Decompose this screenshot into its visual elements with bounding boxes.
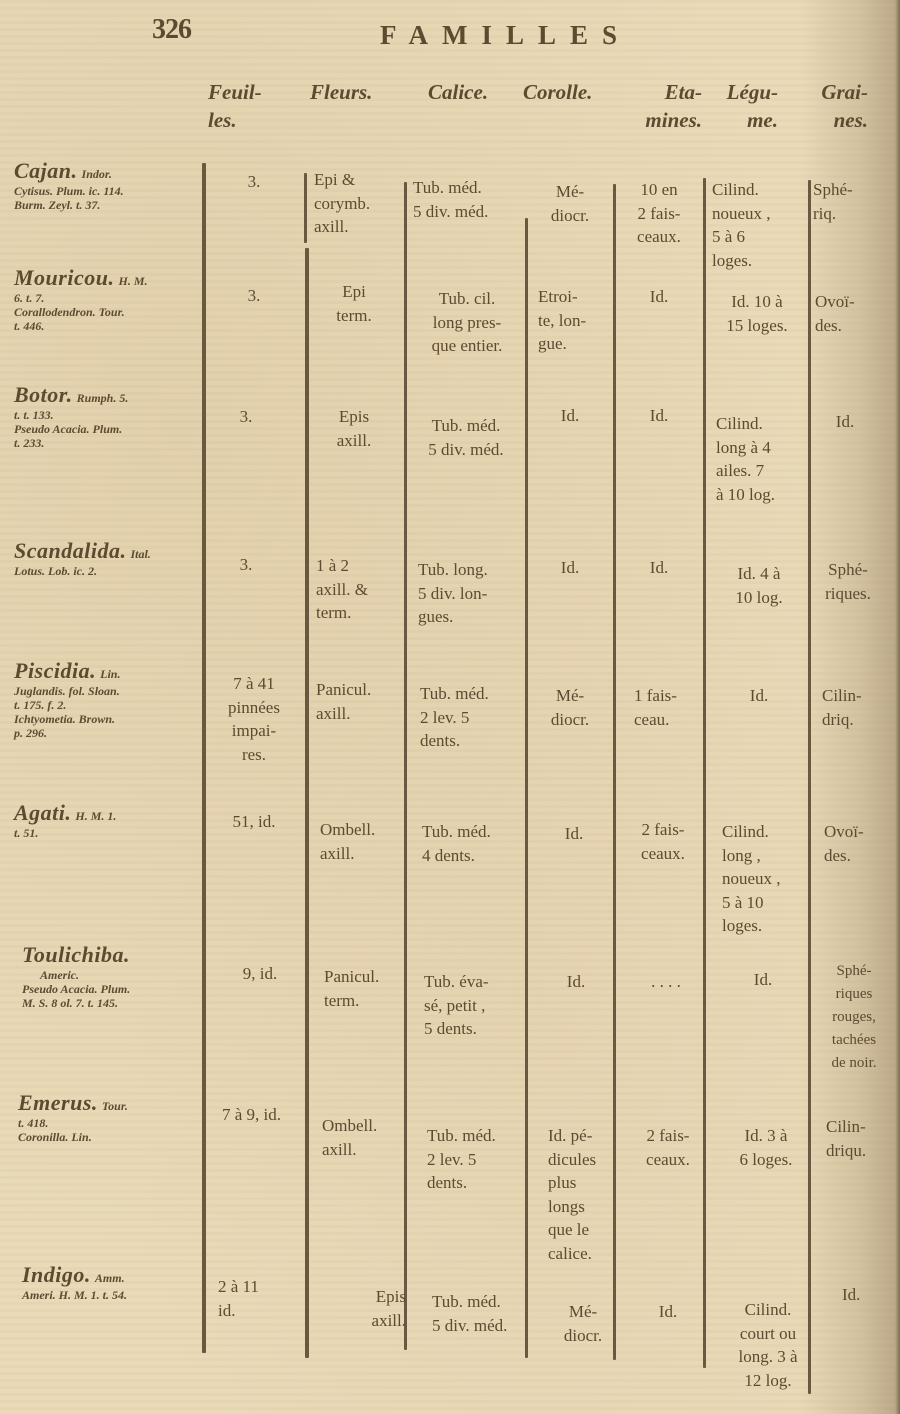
column-rule: [808, 180, 811, 1394]
column-header-legume: Légu- me.: [716, 78, 778, 134]
genus-reference: H. M.: [118, 274, 147, 288]
genus-reference: Tour.: [102, 1099, 128, 1113]
cell-calice: Tub. méd. 2 lev. 5 dents.: [427, 1124, 529, 1195]
cell-fleurs: Panicul. term.: [324, 965, 410, 1012]
cell-legume: Id. 4 à 10 log.: [712, 562, 806, 609]
page-number: 326: [152, 14, 191, 46]
cell-feuilles: 51, id.: [208, 810, 300, 834]
cell-feuilles: 3.: [208, 405, 284, 429]
column-rule: [703, 178, 706, 1368]
synonym: p. 296.: [14, 726, 199, 740]
cell-calice: Tub. méd. 5 div. méd.: [410, 414, 522, 461]
synonym: Juglandis. fol. Sloan.: [14, 684, 199, 698]
cell-calice: Tub. cil. long pres- que entier.: [410, 287, 524, 358]
cell-etamines: 2 fais- ceaux.: [628, 1124, 708, 1171]
cell-calice: Tub. long. 5 div. lon- gues.: [418, 558, 524, 629]
cell-corolle: Id.: [534, 822, 614, 846]
cell-legume: Id. 3 à 6 loges.: [720, 1124, 812, 1171]
genus-entry: Indigo. Amm. Ameri. H. M. 1. t. 54.: [22, 1262, 207, 1302]
cell-fleurs: Epi term.: [314, 280, 394, 327]
genus-reference: Rumph. 5.: [77, 391, 129, 405]
cell-legume: Cilind. long à 4 ailes. 7 à 10 log.: [716, 412, 808, 506]
synonym: t. 418.: [18, 1116, 203, 1130]
synonym: Coronilla. Lin.: [18, 1130, 203, 1144]
genus-reference: Ital.: [130, 547, 150, 561]
column-header-calice: Calice.: [428, 78, 488, 106]
synonym: 6. t. 7.: [14, 291, 199, 305]
synonym: Burm. Zeyl. t. 37.: [14, 198, 199, 212]
cell-feuilles: 7 à 41 pinnées impai- res.: [208, 672, 300, 766]
genus-entry: Toulichiba. Americ. Pseudo Acacia. Plum.…: [22, 942, 207, 1010]
genus-name: Toulichiba.: [22, 942, 130, 967]
cell-legume: Cilind. long , noueux , 5 à 10 loges.: [722, 820, 812, 938]
cell-feuilles: 3.: [208, 170, 300, 194]
cell-etamines: Id.: [618, 285, 700, 309]
synonym: Pseudo Acacia. Plum.: [14, 422, 199, 436]
cell-etamines: 10 en 2 fais- ceaux.: [618, 178, 700, 249]
column-rule: [305, 248, 309, 1358]
column-header-etamines: Eta- mines.: [630, 78, 702, 134]
cell-graines: Cilin- driq.: [822, 684, 882, 731]
genus-reference: Lin.: [100, 667, 120, 681]
genus-entry: Agati. H. M. 1. t. 51.: [14, 800, 199, 840]
genus-reference: H. M. 1.: [75, 809, 116, 823]
genus-entry: Mouricou. H. M. 6. t. 7. Corallodendron.…: [14, 265, 199, 333]
cell-corolle: Id.: [530, 556, 610, 580]
synonym: Ichtyometia. Brown.: [14, 712, 199, 726]
cell-calice: Tub. méd. 2 lev. 5 dents.: [420, 682, 524, 753]
cell-etamines: Id.: [618, 556, 700, 580]
cell-graines: Id.: [815, 410, 875, 434]
genus-entry: Scandalida. Ital. Lotus. Lob. ic. 2.: [14, 538, 199, 578]
genus-reference: Amm.: [95, 1271, 125, 1285]
cell-graines: Sphé- riques.: [813, 558, 883, 605]
cell-corolle: Id.: [530, 404, 610, 428]
cell-legume: Cilind. court ou long. 3 à 12 log.: [722, 1298, 814, 1392]
synonym: t. 51.: [14, 826, 199, 840]
synonym: t. 233.: [14, 436, 199, 450]
cell-fleurs: Epi & corymb. axill.: [314, 168, 402, 239]
cell-calice: Tub. éva- sé, petit , 5 dents.: [424, 970, 526, 1041]
genus-name: Cajan.: [14, 158, 78, 183]
cell-feuilles: 2 à 11 id.: [218, 1275, 308, 1322]
column-rule: [304, 173, 307, 243]
cell-graines: Sphé- riques rouges, tachées de noir.: [818, 960, 890, 1075]
cell-feuilles: 9, id.: [214, 962, 306, 986]
cell-fleurs: Epis axill.: [312, 405, 396, 452]
synonym: t. 446.: [14, 319, 199, 333]
cell-fleurs: Ombell. axill.: [320, 818, 406, 865]
synonym: Corallodendron. Tour.: [14, 305, 199, 319]
cell-calice: Tub. méd. 5 div. méd.: [413, 176, 523, 223]
cell-corolle: Mé- diocr.: [530, 180, 610, 227]
cell-fleurs: Panicul. axill.: [316, 678, 402, 725]
cell-corolle: Id. pé- dicules plus longs que le calice…: [548, 1124, 620, 1265]
cell-feuilles: 3.: [208, 553, 284, 577]
cell-graines: Id.: [842, 1283, 882, 1307]
cell-calice: Tub. méd. 5 div. méd.: [432, 1290, 536, 1337]
cell-graines: Ovoï- des.: [815, 290, 885, 337]
synonym: Ameri. H. M. 1. t. 54.: [22, 1288, 207, 1302]
genus-entry: Cajan. Indor. Cytisus. Plum. ic. 114. Bu…: [14, 158, 199, 212]
genus-name: Mouricou.: [14, 265, 114, 290]
cell-fleurs: 1 à 2 axill. & term.: [316, 554, 402, 625]
synonym: Americ.: [22, 968, 207, 982]
genus-reference: Indor.: [82, 167, 112, 181]
cell-etamines: Id.: [628, 1300, 708, 1324]
cell-legume: Id. 10 à 15 loges.: [708, 290, 806, 337]
synonym: Pseudo Acacia. Plum.: [22, 982, 207, 996]
cell-etamines: 2 fais- ceaux.: [622, 818, 704, 865]
cell-calice: Tub. méd. 4 dents.: [422, 820, 526, 867]
genus-name: Indigo.: [22, 1262, 91, 1287]
genus-name: Scandalida.: [14, 538, 126, 563]
column-header-corolle: Corolle.: [523, 78, 592, 106]
cell-graines: Cilin- driqu.: [826, 1115, 886, 1162]
cell-legume: Id.: [716, 968, 810, 992]
cell-etamines: Id.: [618, 404, 700, 428]
genus-entry: Botor. Rumph. 5. t. t. 133. Pseudo Acaci…: [14, 382, 199, 450]
cell-fleurs: Ombell. axill.: [322, 1114, 412, 1161]
running-title: FAMILLES: [380, 20, 631, 51]
column-rule: [202, 163, 206, 1353]
cell-corolle: Mé- diocr.: [548, 1300, 618, 1347]
column-header-graines: Grai- nes.: [812, 78, 868, 134]
cell-graines: Sphé- riq.: [813, 178, 883, 225]
column-header-fleurs: Fleurs.: [310, 78, 372, 106]
cell-fleurs: Epis axill.: [322, 1285, 406, 1332]
cell-etamines: 1 fais- ceau.: [634, 684, 704, 731]
column-rule: [404, 182, 407, 1350]
cell-feuilles: 7 à 9, id.: [222, 1103, 314, 1127]
cell-corolle: Id.: [536, 970, 616, 994]
cell-legume: Id.: [712, 684, 806, 708]
genus-name: Piscidia.: [14, 658, 96, 683]
cell-corolle: Mé- diocr.: [530, 684, 610, 731]
cell-graines: Ovoï- des.: [824, 820, 884, 867]
cell-etamines: . . . .: [626, 970, 706, 994]
synonym: Cytisus. Plum. ic. 114.: [14, 184, 199, 198]
genus-entry: Emerus. Tour. t. 418. Coronilla. Lin.: [18, 1090, 203, 1144]
synonym: t. t. 133.: [14, 408, 199, 422]
genus-entry: Piscidia. Lin. Juglandis. fol. Sloan. t.…: [14, 658, 199, 740]
genus-name: Botor.: [14, 382, 73, 407]
synonym: t. 175. f. 2.: [14, 698, 199, 712]
column-header-feuilles: Feuil- les.: [208, 78, 262, 134]
cell-corolle: Etroi- te, lon- gue.: [538, 285, 612, 356]
synonym: M. S. 8 ol. 7. t. 145.: [22, 996, 207, 1010]
cell-legume: Cilind. noueux , 5 à 6 loges.: [712, 178, 806, 272]
cell-feuilles: 3.: [208, 284, 300, 308]
genus-name: Agati.: [14, 800, 71, 825]
synonym: Lotus. Lob. ic. 2.: [14, 564, 199, 578]
genus-name: Emerus.: [18, 1090, 98, 1115]
